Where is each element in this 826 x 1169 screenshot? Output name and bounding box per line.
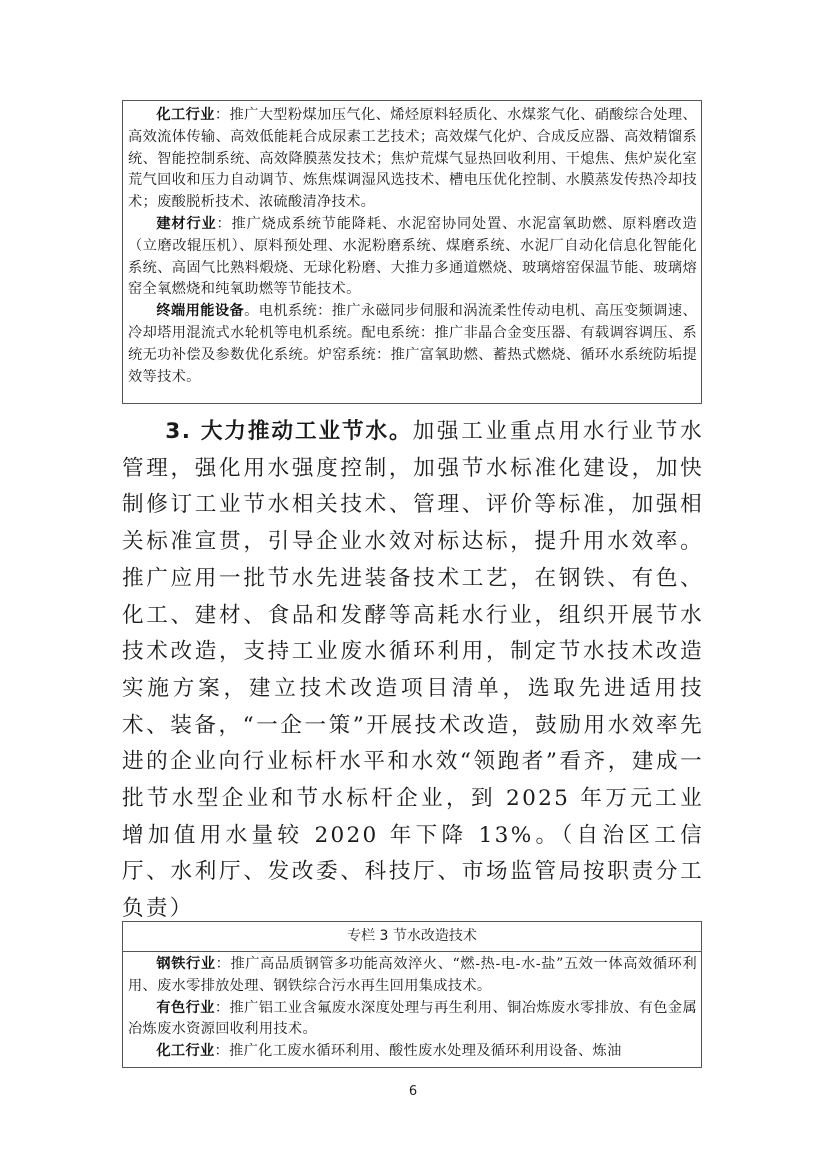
industry-keyword: 建材行业 <box>156 216 216 232</box>
keyword-separator: ： <box>215 1043 230 1059</box>
column-box-water-saving: 专栏 3 节水改造技术 钢铁行业：推广高品质钢管多功能高效淬火、“燃-热-电-水… <box>122 921 702 1068</box>
industry-keyword: 终端用能设备 <box>156 303 244 319</box>
section-heading: 3. 大力推动工业节水。 <box>165 419 412 444</box>
box-paragraph-steel: 钢铁行业：推广高品质钢管多功能高效淬火、“燃-热-电-水-盐”五效一体高效循环利… <box>128 954 697 998</box>
box-paragraph-chemical: 化工行业：推广化工废水循环利用、酸性废水处理及循环利用设备、炼油 <box>128 1041 697 1063</box>
column-body: 钢铁行业：推广高品质钢管多功能高效淬火、“燃-热-电-水-盐”五效一体高效循环利… <box>123 952 701 1063</box>
paragraph-text: 推广化工废水循环利用、酸性废水处理及循环利用设备、炼油 <box>229 1043 622 1059</box>
industry-keyword: 化工行业 <box>156 107 214 123</box>
box-paragraph-end-use-equipment: 终端用能设备。电机系统：推广永磁同步伺服和涡流柔性传动电机、高压变频调速、冷却塔… <box>128 301 697 388</box>
keyword-separator: ： <box>216 956 231 972</box>
document-page: 化工行业：推广大型粉煤加压气化、烯烃原料轻质化、水煤浆气化、硝酸综合处理、高效流… <box>0 0 826 1169</box>
section-body: 加强工业重点用水行业节水管理，强化用水强度控制，加强节水标准化建设，加快制修订工… <box>122 419 704 921</box>
page-number: 6 <box>0 1084 826 1099</box>
industry-keyword: 有色行业 <box>156 1000 214 1016</box>
column-box-energy-tech: 化工行业：推广大型粉煤加压气化、烯烃原料轻质化、水煤浆气化、硝酸综合处理、高效流… <box>122 100 702 404</box>
industry-keyword: 化工行业 <box>156 1043 214 1059</box>
column-title: 专栏 3 节水改造技术 <box>123 922 701 952</box>
box-paragraph-building-materials: 建材行业：推广烧成系统节能降耗、水泥窑协同处置、水泥富氧助燃、原料磨改造（立磨改… <box>128 214 697 301</box>
industry-keyword: 钢铁行业 <box>156 956 215 972</box>
keyword-separator: 。 <box>244 303 259 319</box>
keyword-separator: ： <box>215 1000 230 1016</box>
keyword-separator: ： <box>217 216 232 232</box>
section-3-paragraph: 3. 大力推动工业节水。加强工业重点用水行业节水管理，强化用水强度控制，加强节水… <box>122 414 704 928</box>
box-paragraph-chemical: 化工行业：推广大型粉煤加压气化、烯烃原料轻质化、水煤浆气化、硝酸综合处理、高效流… <box>128 105 697 214</box>
keyword-separator: ： <box>215 107 230 123</box>
box-paragraph-nonferrous: 有色行业：推广铝工业含氟废水深度处理与再生利用、铜冶炼废水零排放、有色金属冶炼废… <box>128 998 697 1042</box>
